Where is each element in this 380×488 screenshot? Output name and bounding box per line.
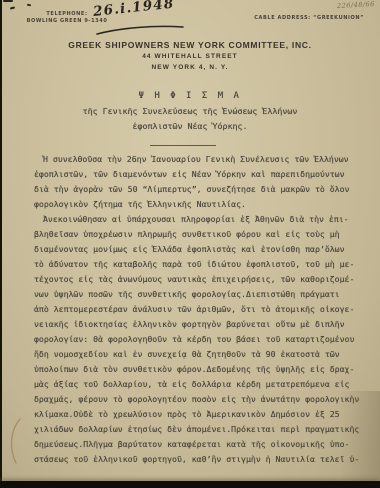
org-name: GREEK SHIPOWNERS NEW YORK COMMITTEE, INC… <box>0 40 380 50</box>
body-line: ἤδη νομοσχεδίου καὶ ἐν συνεχείᾳ θὰ ζητηθ… <box>34 347 370 362</box>
body-line: χιλιάδων δολλαρίων ἐτησίως δὲν ἀπομένει.… <box>34 422 370 437</box>
body-line: τέχοντος εἰς τὰς ἀνωνύμους ναυτικὰς ἐπιχ… <box>34 272 370 287</box>
document-title: Ψ Η Φ Ι Σ Μ Α <box>0 91 380 101</box>
org-address-city: NEW YORK 4, N. Y. <box>0 64 380 71</box>
handwritten-underline-stroke <box>95 23 187 37</box>
scan-speck <box>3 0 13 2</box>
scanned-letter-page: TELEPHONE: BOWLING GREEN 9-1340 226/48/6… <box>0 0 380 488</box>
body-line: διαμένοντας μονίμως εἰς Ἑλλάδα ἐφοπλιστὰ… <box>34 242 370 257</box>
pencil-margin-mark <box>7 417 23 465</box>
letter-body: Ἡ συνελθοῦσα τὴν 26ην Ἰανουαρίου Γενικὴ … <box>34 152 370 467</box>
scan-edge-bottom <box>0 481 380 488</box>
body-line: Ἡ συνελθοῦσα τὴν 26ην Ἰανουαρίου Γενικὴ … <box>34 152 370 167</box>
document-subtitle-line1: τῆς Γενικῆς Συνελεύσεως τῆς Ἑνώσεως Ἑλλή… <box>0 106 380 116</box>
body-line: φορολογικὸν ζήτημα τῆς Ἑλληνικῆς Ναυτιλί… <box>34 197 370 212</box>
body-line: τὸ ἀδύνατον τῆς καταβολῆς παρὰ τοῦ ἰδιώτ… <box>34 257 370 272</box>
body-line: δραχμάς, φέρουν τὸ φορολογητέον ποσὸν εἰ… <box>34 392 370 407</box>
scan-speck <box>10 6 15 9</box>
body-line: διὰ τὴν ἀγορὰν τῶν 50 “Λίμπερτυς”, συνεζ… <box>34 182 370 197</box>
body-line: ἀπὸ λεπτομερεστέραν ἀνάλυσιν τῶν ἀριθμῶν… <box>34 302 370 317</box>
typed-divider-rule <box>150 145 216 146</box>
org-address-street: 44 WHITEHALL STREET <box>0 53 380 60</box>
body-line: νειακῆς ἰδιοκτησίας ἑλληνικὸν φορτηγὸν β… <box>34 317 370 332</box>
document-subtitle-line2: ἐφοπλιστῶν Νέας Ὑόρκης. <box>0 121 380 131</box>
body-line: ὑπολοίπων διὰ τὸν συνθετικὸν φόρον.Δεδομ… <box>34 362 370 377</box>
scan-corner-shade <box>340 391 380 481</box>
scan-speck <box>27 4 31 7</box>
body-line: μὰς ἀξίας τοῦ δολλαρίου, τὰ εἰς δολλάρια… <box>34 377 370 392</box>
letterhead-cable-address: CABLE ADDRESS: “GREEKUNION” <box>254 15 364 21</box>
handwritten-ref-number: 226/48/66 <box>337 0 375 10</box>
handwritten-date: 26.i.1948 <box>92 0 175 20</box>
body-line: νων ὑψηλῶν ποσῶν τῆς συνθετικῆς φορολογί… <box>34 287 370 302</box>
body-line: Ἀνεκοινώθησαν αἱ ὑπάρχουσαι πληροφορίαι … <box>34 212 370 227</box>
body-line: βληθεῖσαν ὑποχρέωσιν πληρωμῆς συνθετικοῦ… <box>34 227 370 242</box>
body-line: ἐφοπλιστῶν, τῶν διαμενόντων εἰς Νέαν Ὑόρ… <box>34 167 370 182</box>
body-line: φορολογίαν: θὰ φορολογηθοῦν τὰ κέρδη του… <box>34 332 370 347</box>
scan-edge-left <box>0 0 2 488</box>
body-line: κλίμακα.Οὐδὲ τὸ χρεωλύσιον πρὸς τὸ Ἀμερι… <box>34 407 370 422</box>
body-line: δημεύσεως.Πλῆγμα βαρύτατον καταφέρεται κ… <box>34 437 370 452</box>
body-line: στάσεως τοῦ ἑλληνικοῦ φορτηγοῦ, καθ’ἣν σ… <box>34 452 370 467</box>
